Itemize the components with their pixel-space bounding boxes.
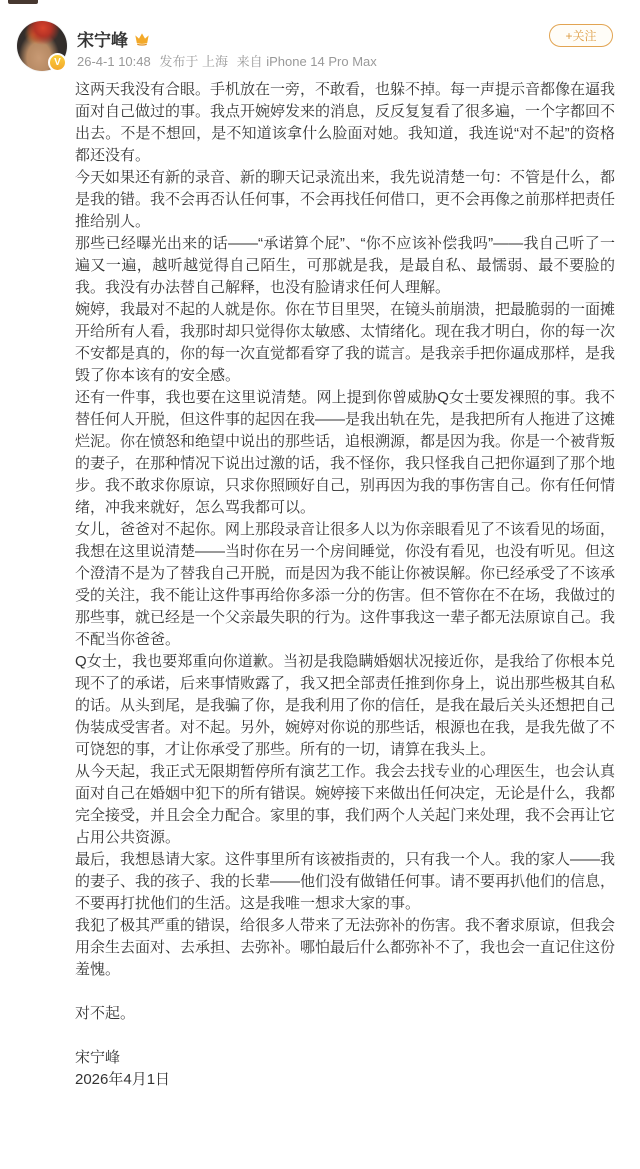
blank-line [75, 1025, 615, 1047]
post-paragraph: 这两天我没有合眼。手机放在一旁，不敢看，也躲不掉。每一声提示音都像在逼我面对自己… [75, 79, 615, 167]
closing-signature: 宋宁峰 [75, 1047, 615, 1069]
post-paragraph: Q女士，我也要郑重向你道歉。当初是我隐瞒婚姻状况接近你，是我给了你根本兑现不了的… [75, 651, 615, 761]
vip-crown-icon [134, 32, 150, 46]
blank-line [75, 981, 615, 1003]
post-paragraph: 最后，我想恳请大家。这件事里所有该被指责的，只有我一个人。我的家人——我的妻子、… [75, 849, 615, 915]
post-paragraph: 女儿，爸爸对不起你。网上那段录音让很多人以为你亲眼看见了不该看见的场面，我想在这… [75, 519, 615, 651]
post-paragraph: 从今天起，我正式无限期暂停所有演艺工作。我会去找专业的心理医生，也会认真面对自己… [75, 761, 615, 849]
post-content: 这两天我没有合眼。手机放在一旁，不敢看，也躲不掉。每一声提示音都像在逼我面对自己… [75, 79, 615, 1091]
post-paragraph: 还有一件事，我也要在这里说清楚。网上提到你曾威胁Q女士要发裸照的事。我不替任何人… [75, 387, 615, 519]
post-paragraph: 婉婷，我最对不起的人就是你。你在节目里哭，在镜头前崩溃，把最脆弱的一面摊开给所有… [75, 299, 615, 387]
author-row: 宋宁峰 [77, 26, 150, 51]
author-name[interactable]: 宋宁峰 [77, 26, 128, 51]
follow-button[interactable]: +关注 [549, 24, 613, 47]
weibo-post-page: V 宋宁峰 26-4-1 10:48 发布于 上海 来自 iPhone 14 P… [0, 0, 640, 1169]
verified-v-badge: V [48, 53, 67, 72]
post-location: 发布于 上海 [159, 54, 228, 69]
post-device: 来自 iPhone 14 Pro Max [237, 54, 377, 69]
closing-apology: 对不起。 [75, 1003, 615, 1025]
post-meta: 26-4-1 10:48 发布于 上海 来自 iPhone 14 Pro Max [77, 51, 382, 70]
post-paragraph: 今天如果还有新的录音、新的聊天记录流出来，我先说清楚一句：不管是什么，都是我的错… [75, 167, 615, 233]
top-edge-artifact [8, 0, 38, 4]
post-paragraph: 我犯了极其严重的错误，给很多人带来了无法弥补的伤害。我不奢求原谅，但我会用余生去… [75, 915, 615, 981]
post-paragraph: 那些已经曝光出来的话——“承诺算个屁”、“你不应该补偿我吗”——我自己听了一遍又… [75, 233, 615, 299]
post-timestamp: 26-4-1 10:48 [77, 54, 151, 69]
closing-date: 2026年4月1日 [75, 1069, 615, 1091]
